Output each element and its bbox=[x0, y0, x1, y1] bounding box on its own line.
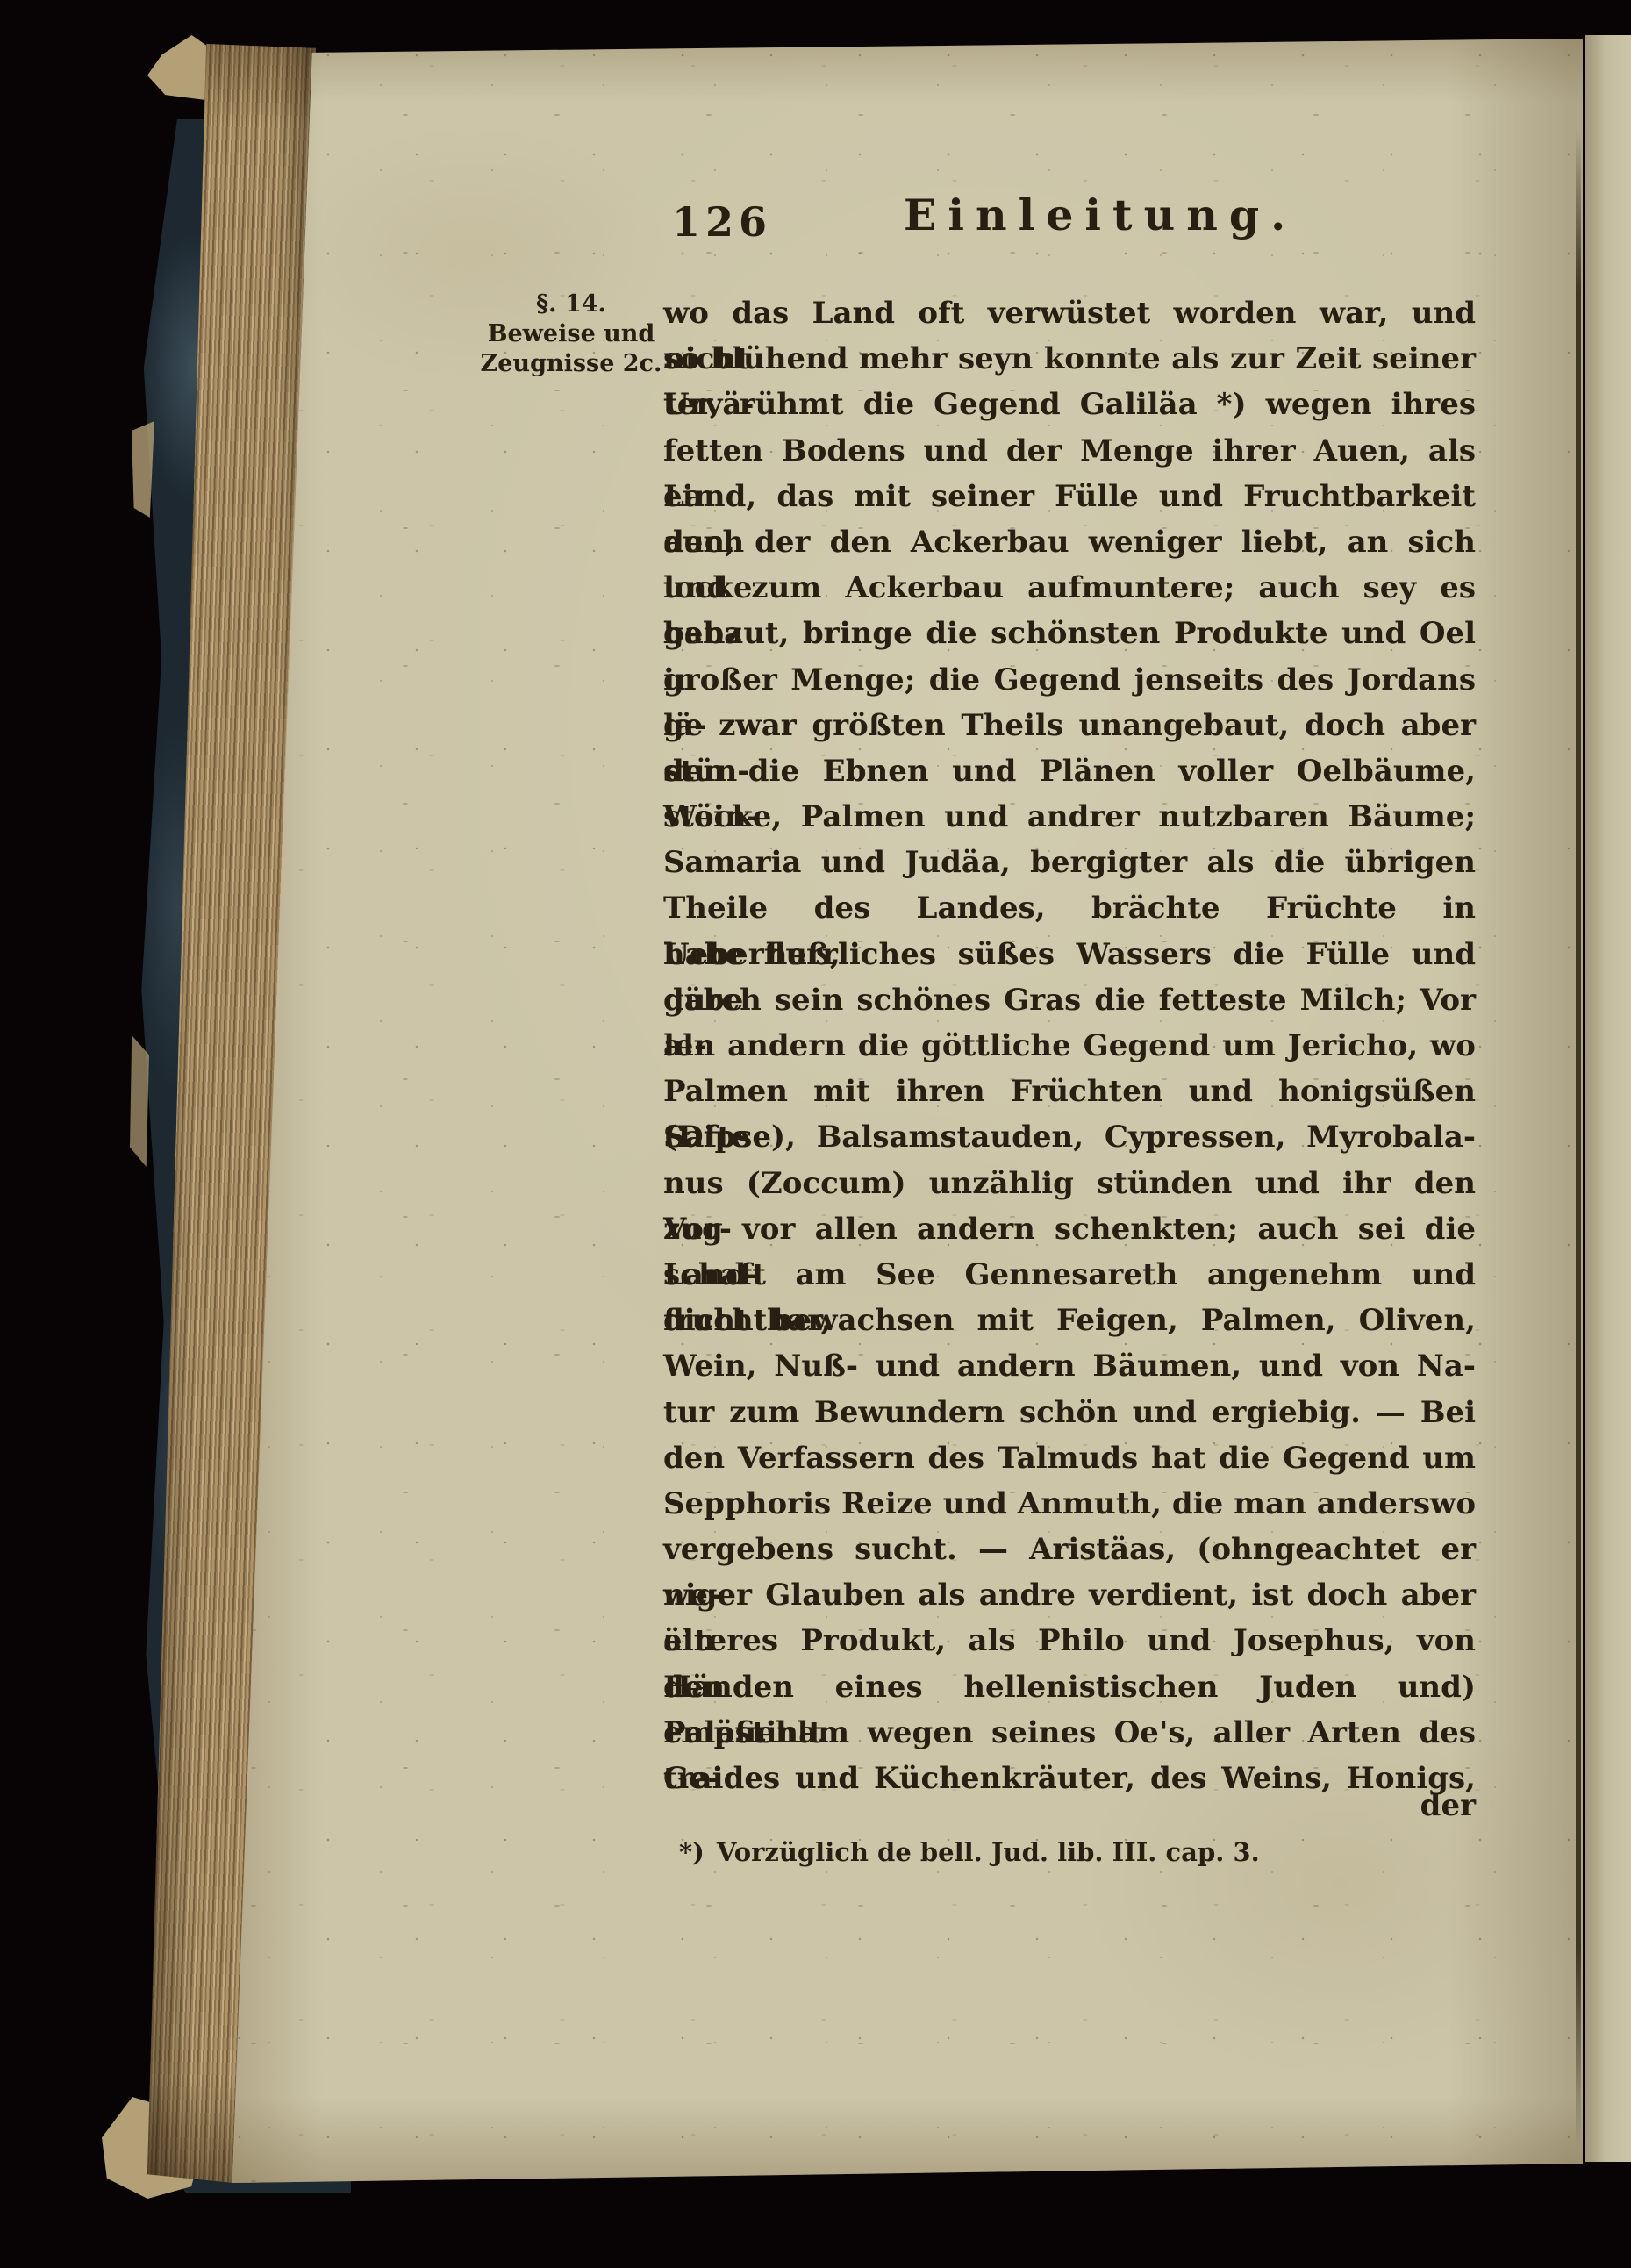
body-text-line: Sepphoris Reize und Anmuth, die man ande… bbox=[663, 1481, 1476, 1527]
body-text-line: nus (Zoccum) unzählig stünden und ihr de… bbox=[663, 1161, 1476, 1206]
body-text-line: fetten Bodens und der Menge ihrer Auen, … bbox=[663, 428, 1476, 474]
body-text-line: vergebens sucht. — Aristäas, (ohngeachte… bbox=[663, 1527, 1476, 1572]
body-text: wo das Land oft verwüstet worden war, un… bbox=[663, 290, 1476, 1801]
footnote: *)Vorzüglich de bell. Jud. lib. III. cap… bbox=[679, 1837, 1399, 1867]
body-text-line: bebaut, bringe die schönsten Produkte un… bbox=[663, 611, 1476, 656]
facing-page-edge bbox=[1585, 35, 1631, 2162]
body-text-line: tur zum Bewundern schön und ergiebig. — … bbox=[663, 1390, 1476, 1435]
body-text-line: dicht bewachsen mit Feigen, Palmen, Oliv… bbox=[663, 1298, 1476, 1343]
body-text-line: ter, rühmt die Gegend Galiläa *) wegen i… bbox=[663, 382, 1476, 427]
footnote-marker: *) bbox=[679, 1837, 705, 1867]
body-text-line: len andern die göttliche Gegend um Jeric… bbox=[663, 1023, 1476, 1069]
scanned-book-page: 126 Einleitung. §. 14. Beweise und Zeugn… bbox=[0, 0, 1631, 2268]
body-text-line: zug vor allen andern schenkten; auch sei… bbox=[663, 1206, 1476, 1252]
body-text-line: Land, das mit seiner Fülle und Fruchtbar… bbox=[663, 474, 1476, 519]
footnote-text: Vorzüglich de bell. Jud. lib. III. cap. … bbox=[717, 1837, 1260, 1867]
margin-note-section: §. 14. bbox=[467, 290, 676, 319]
body-text-line: den Verfassern des Talmuds hat die Gegen… bbox=[663, 1435, 1476, 1481]
body-text-line: wo das Land oft verwüstet worden war, un… bbox=[663, 290, 1476, 336]
body-text-line: Palästinam wegen seines Oe's, aller Arte… bbox=[663, 1710, 1476, 1756]
body-text-line: Wein, Nuß- und andern Bäumen, und von Na… bbox=[663, 1343, 1476, 1389]
body-text-line: Samaria und Judäa, bergigter als die übr… bbox=[663, 840, 1476, 885]
body-text-line: ge zwar größten Theils unangebaut, doch … bbox=[663, 703, 1476, 748]
body-text-line: Händen eines hellenistischen Juden und) … bbox=[663, 1664, 1476, 1710]
body-text-line: großer Menge; die Gegend jenseits des Jo… bbox=[663, 657, 1476, 703]
body-text-line: (Dipse), Balsamstauden, Cypressen, Myrob… bbox=[663, 1114, 1476, 1160]
body-text-line: durch sein schönes Gras die fetteste Mil… bbox=[663, 977, 1476, 1023]
body-text-line: stöcke, Palmen und andrer nutzbaren Bäum… bbox=[663, 794, 1476, 840]
body-text-line: so blühend mehr seyn konnte als zur Zeit… bbox=[663, 336, 1476, 382]
cover-tear-paper bbox=[132, 421, 154, 518]
body-text-line: niger Glauben als andre verdient, ist do… bbox=[663, 1572, 1476, 1618]
body-text-line: Palmen mit ihren Früchten und honigsüßen… bbox=[663, 1069, 1476, 1114]
catchword: der bbox=[663, 1788, 1476, 1823]
margin-note-line: Beweise und bbox=[467, 319, 676, 349]
body-text-line: älteres Produkt, als Philo und Josephus,… bbox=[663, 1618, 1476, 1663]
body-text-line: den, der den Ackerbau weniger liebt, an … bbox=[663, 519, 1476, 565]
running-title: Einleitung. bbox=[904, 190, 1297, 240]
page-number: 126 bbox=[672, 198, 772, 246]
body-text-line: und zum Ackerbau aufmuntere; auch sey es… bbox=[663, 565, 1476, 611]
body-text-line: Theile des Landes, brächte Früchte in Ue… bbox=[663, 885, 1476, 931]
margin-note-line: Zeugnisse 2c. bbox=[467, 349, 676, 379]
body-text-line: habe herrliches süßes Wassers die Fülle … bbox=[663, 932, 1476, 977]
cover-tear-paper bbox=[130, 1035, 149, 1167]
body-text-line: schaft am See Gennesareth angenehm und f… bbox=[663, 1252, 1476, 1298]
gutter-crease bbox=[1576, 132, 1581, 2150]
margin-note: §. 14. Beweise und Zeugnisse 2c. bbox=[467, 290, 676, 379]
body-text-line: den die Ebnen und Plänen voller Oelbäume… bbox=[663, 748, 1476, 794]
